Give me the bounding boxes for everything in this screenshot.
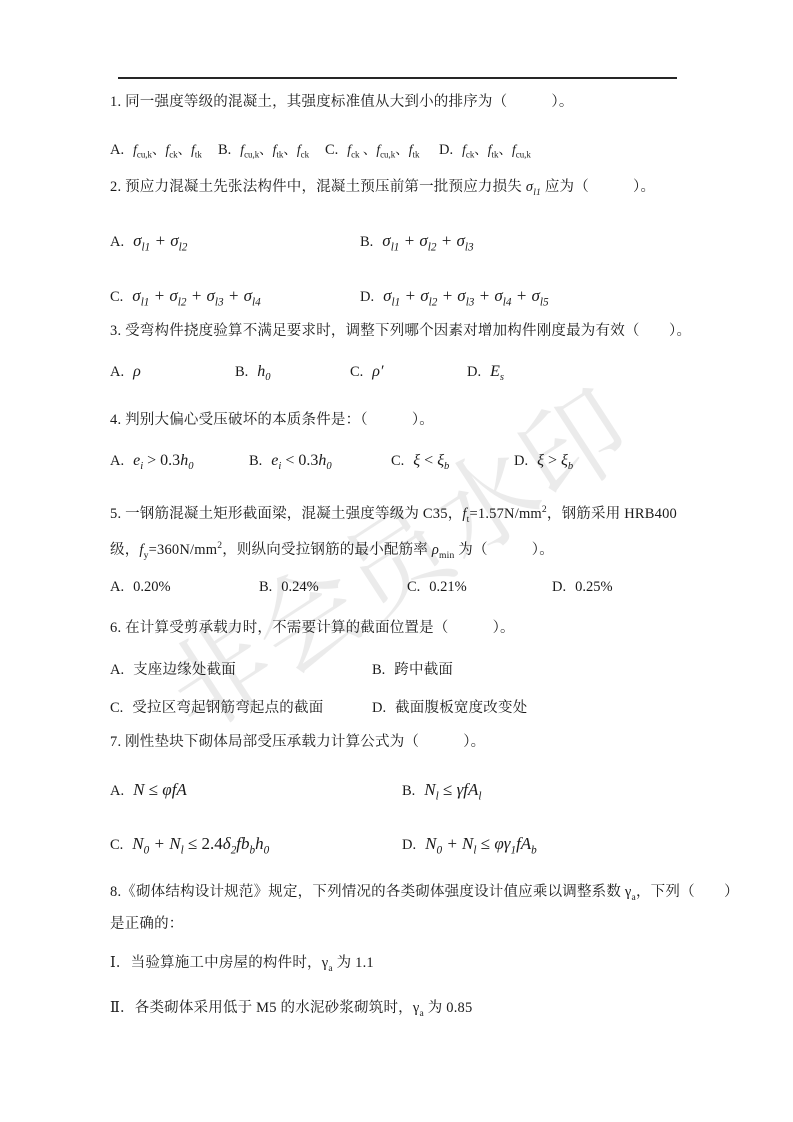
option-text: 截面腹板宽度改变处 [395,700,527,716]
option-text: ρ′ [372,363,383,380]
option-d: D.σl1 + σl2 + σl3 + σl4 + σl5 [360,284,563,309]
option-text: σl1 + σl2 + σl3 + σl4 [132,286,260,305]
option-b: B.0.24% [259,578,407,596]
option-label: B. [218,142,231,158]
option-label: A. [110,364,124,380]
title-line: 8.《砌体结构设计规范》规定，下列情况的各类砌体强度设计值应乘以调整系数 γa，… [110,876,678,908]
options-row: A.0.20% B.0.24% C.0.21% D.0.25% [110,578,678,596]
option-label: B. [360,234,373,250]
option-text: fck 、fcu,k、ftk [347,142,419,157]
option-text: ρ [133,363,141,380]
options-row: A.N ≤ φfA B.Nl ≤ γfAl [110,777,678,804]
option-c: C.N0 + Nl ≤ 2.4δ2fbbh0 [110,831,402,858]
option-text: 跨中截面 [394,662,453,678]
option-text: 0.25% [575,579,612,595]
title-line: 级，fy=360N/mm2，则纵向受拉钢筋的最小配筋率 ρmin 为（ ）。 [110,532,678,568]
option-label: A. [110,579,124,595]
option-a: A.fcu,k、fck、ftk [110,138,218,159]
option-label: A. [110,662,124,678]
question-title: 4. 判别大偏心受压破坏的本质条件是：（ ）。 [110,410,678,430]
option-text: 0.21% [429,579,466,595]
option-label: A. [110,142,124,158]
option-label: C. [325,142,338,158]
option-text: ei > 0.3h0 [133,452,193,469]
option-label: B. [249,453,262,469]
option-b: B.Nl ≤ γfAl [402,777,496,804]
option-text: fck、ftk、fcu,k [462,142,531,157]
option-label: B. [235,364,248,380]
option-a: A.N ≤ φfA [110,777,402,804]
statement-item-1: Ⅰ．当验算施工中房屋的构件时，γa 为 1.1 [110,953,678,973]
question-8: 8.《砌体结构设计规范》规定，下列情况的各类砌体强度设计值应乘以调整系数 γa，… [110,876,678,1018]
option-label: C. [391,453,404,469]
option-label: C. [350,364,363,380]
options-row: A.ei > 0.3h0 B.ei < 0.3h0 C.ξ < ξb D.ξ >… [110,452,678,470]
option-text: 0.20% [133,579,170,595]
option-label: B. [402,783,415,799]
question-title: 3. 受弯构件挠度验算不满足要求时，调整下列哪个因素对增加构件刚度最为有效（ ）… [110,321,678,341]
option-text: fcu,k、fck、ftk [133,142,202,157]
options-row: C.受拉区弯起钢筋弯起点的截面 D.截面腹板宽度改变处 [110,696,678,717]
option-text: 0.24% [281,579,318,595]
option-label: B. [372,662,385,678]
option-label: D. [514,453,528,469]
option-label: B. [259,579,272,595]
question-3: 3. 受弯构件挠度验算不满足要求时，调整下列哪个因素对增加构件刚度最为有效（ ）… [110,321,678,381]
title-line: 5. 一钢筋混凝土矩形截面梁，混凝土强度等级为 C35，ft=1.57N/mm2… [110,496,678,532]
option-text: h0 [257,363,270,380]
option-text: σl1 + σl2 + σl3 + σl4 + σl5 [383,286,549,305]
question-title: 8.《砌体结构设计规范》规定，下列情况的各类砌体强度设计值应乘以调整系数 γa，… [110,876,678,940]
option-text: 支座边缘处截面 [133,662,236,678]
option-label: C. [407,579,420,595]
option-a: A.ρ [110,363,235,381]
option-text: fcu,k、ftk、fck [240,142,309,157]
option-text: 受拉区弯起钢筋弯起点的截面 [132,700,323,716]
question-title: 5. 一钢筋混凝土矩形截面梁，混凝土强度等级为 C35，ft=1.57N/mm2… [110,496,678,568]
option-label: D. [360,289,374,305]
option-text: Nl ≤ γfAl [424,780,481,799]
option-label: D. [467,364,481,380]
option-a: A.支座边缘处截面 [110,658,372,679]
option-b: B.ei < 0.3h0 [249,452,391,470]
option-label: D. [439,142,453,158]
option-b: B.跨中截面 [372,658,467,679]
option-a: A.σl1 + σl2 [110,229,360,254]
option-label: C. [110,289,123,305]
option-c: C.受拉区弯起钢筋弯起点的截面 [110,696,372,717]
question-5: 5. 一钢筋混凝土矩形截面梁，混凝土强度等级为 C35，ft=1.57N/mm2… [110,496,678,596]
option-label: C. [110,837,123,853]
option-label: D. [552,579,566,595]
option-d: D.N0 + Nl ≤ φγ1fAb [402,831,551,858]
options-row: A.ρ B.h0 C.ρ′ D.Es [110,363,678,381]
question-7: 7. 刚性垫块下砌体局部受压承载力计算公式为（ ）。 A.N ≤ φfA B.N… [110,732,678,858]
option-text: N ≤ φfA [133,780,187,799]
option-b: B.σl1 + σl2 + σl3 [360,229,488,254]
options-row: C.σl1 + σl2 + σl3 + σl4 D.σl1 + σl2 + σl… [110,284,678,309]
question-6: 6. 在计算受剪承载力时，不需要计算的截面位置是（ ）。 A.支座边缘处截面 B… [110,618,678,717]
option-a: A.ei > 0.3h0 [110,452,249,470]
top-rule [118,77,677,79]
option-d: D.ξ > ξb [514,452,587,470]
option-text: ξ > ξb [537,452,573,469]
option-c: C.fck 、fcu,k、ftk [325,138,439,159]
option-d: D.0.25% [552,578,627,596]
options-row: C.N0 + Nl ≤ 2.4δ2fbbh0 D.N0 + Nl ≤ φγ1fA… [110,831,678,858]
option-text: Es [490,363,504,380]
option-b: B.fcu,k、ftk、fck [218,138,325,159]
question-1: 1. 同一强度等级的混凝土，其强度标准值从大到小的排序为（ ）。 A.fcu,k… [110,92,678,159]
question-2: 2. 预应力混凝土先张法构件中，混凝土预压前第一批预应力损失 σl1 应为（ ）… [110,177,678,309]
option-label: D. [372,700,386,716]
option-d: D.截面腹板宽度改变处 [372,696,541,717]
question-title: 6. 在计算受剪承载力时，不需要计算的截面位置是（ ）。 [110,618,678,638]
option-b: B.h0 [235,363,350,381]
option-text: ξ < ξb [413,452,449,469]
option-d: D.Es [467,363,518,381]
question-title: 1. 同一强度等级的混凝土，其强度标准值从大到小的排序为（ ）。 [110,92,678,112]
option-text: ei < 0.3h0 [271,452,331,469]
option-label: A. [110,453,124,469]
option-d: D.fck、ftk、fcu,k [439,138,545,159]
page: 非会员水印 1. 同一强度等级的混凝土，其强度标准值从大到小的排序为（ ）。 A… [0,0,793,1122]
option-c: C.0.21% [407,578,552,596]
option-label: D. [402,837,416,853]
option-text: σl1 + σl2 [133,231,187,250]
option-text: N0 + Nl ≤ 2.4δ2fbbh0 [132,834,269,853]
option-a: A.0.20% [110,578,259,596]
question-title: 7. 刚性垫块下砌体局部受压承载力计算公式为（ ）。 [110,732,678,752]
options-row: A.σl1 + σl2 B.σl1 + σl2 + σl3 [110,229,678,254]
statement-item-2: Ⅱ．各类砌体采用低于 M5 的水泥砂浆砌筑时，γa 为 0.85 [110,998,678,1018]
option-c: C.ξ < ξb [391,452,514,470]
option-c: C.ρ′ [350,363,467,381]
question-title: 2. 预应力混凝土先张法构件中，混凝土预压前第一批预应力损失 σl1 应为（ ）… [110,177,678,197]
option-text: N0 + Nl ≤ φγ1fAb [425,834,537,853]
options-row: A.fcu,k、fck、ftk B.fcu,k、ftk、fck C.fck 、f… [110,138,678,159]
option-label: A. [110,783,124,799]
option-label: A. [110,234,124,250]
question-4: 4. 判别大偏心受压破坏的本质条件是：（ ）。 A.ei > 0.3h0 B.e… [110,410,678,470]
title-line: 是正确的： [110,908,678,940]
option-text: σl1 + σl2 + σl3 [382,231,473,250]
options-row: A.支座边缘处截面 B.跨中截面 [110,658,678,679]
option-label: C. [110,700,123,716]
option-c: C.σl1 + σl2 + σl3 + σl4 [110,284,360,309]
